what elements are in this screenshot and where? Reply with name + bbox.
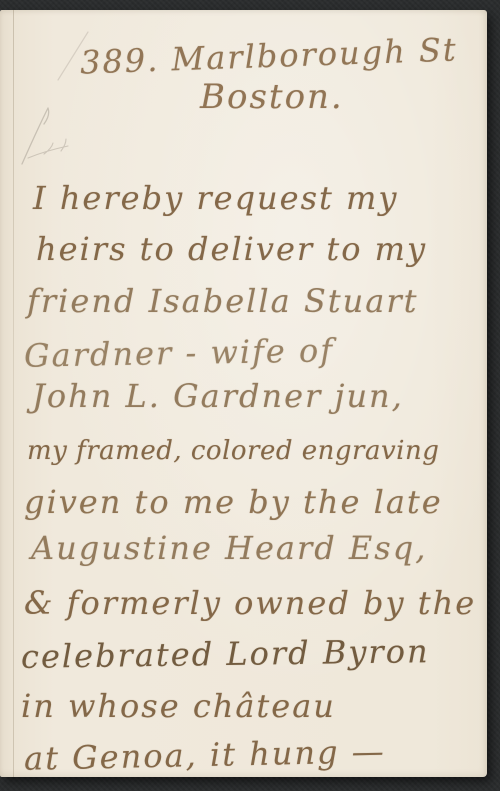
letter-line: Augustine Heard Esq, bbox=[31, 530, 427, 567]
letter-line: Gardner - wife of bbox=[24, 332, 335, 374]
letter-line: & formerly owned by the bbox=[24, 585, 476, 622]
letter-line: in whose château bbox=[21, 688, 336, 725]
letter-page: 389. Marlborough St Boston. I hereby req… bbox=[0, 10, 487, 777]
letter-line: John L. Gardner jun, bbox=[32, 378, 404, 415]
letter-line: friend Isabella Stuart bbox=[27, 283, 418, 320]
letter-line: celebrated Lord Byron bbox=[21, 633, 430, 675]
letter-line: heirs to deliver to my bbox=[36, 231, 427, 268]
letter-line: given to me by the late bbox=[24, 484, 443, 521]
faint-pencil-mark bbox=[14, 102, 84, 174]
address-line-city: Boston. bbox=[200, 78, 344, 117]
photograph-background: { "photo": { "background_color": "#2b2d2… bbox=[0, 0, 500, 791]
letter-line: I hereby request my bbox=[33, 180, 398, 217]
letter-line: my framed, colored engraving bbox=[27, 437, 439, 467]
letter-line: at Genoa, it hung — bbox=[24, 733, 386, 777]
address-line-street: 389. Marlborough St bbox=[79, 31, 458, 81]
